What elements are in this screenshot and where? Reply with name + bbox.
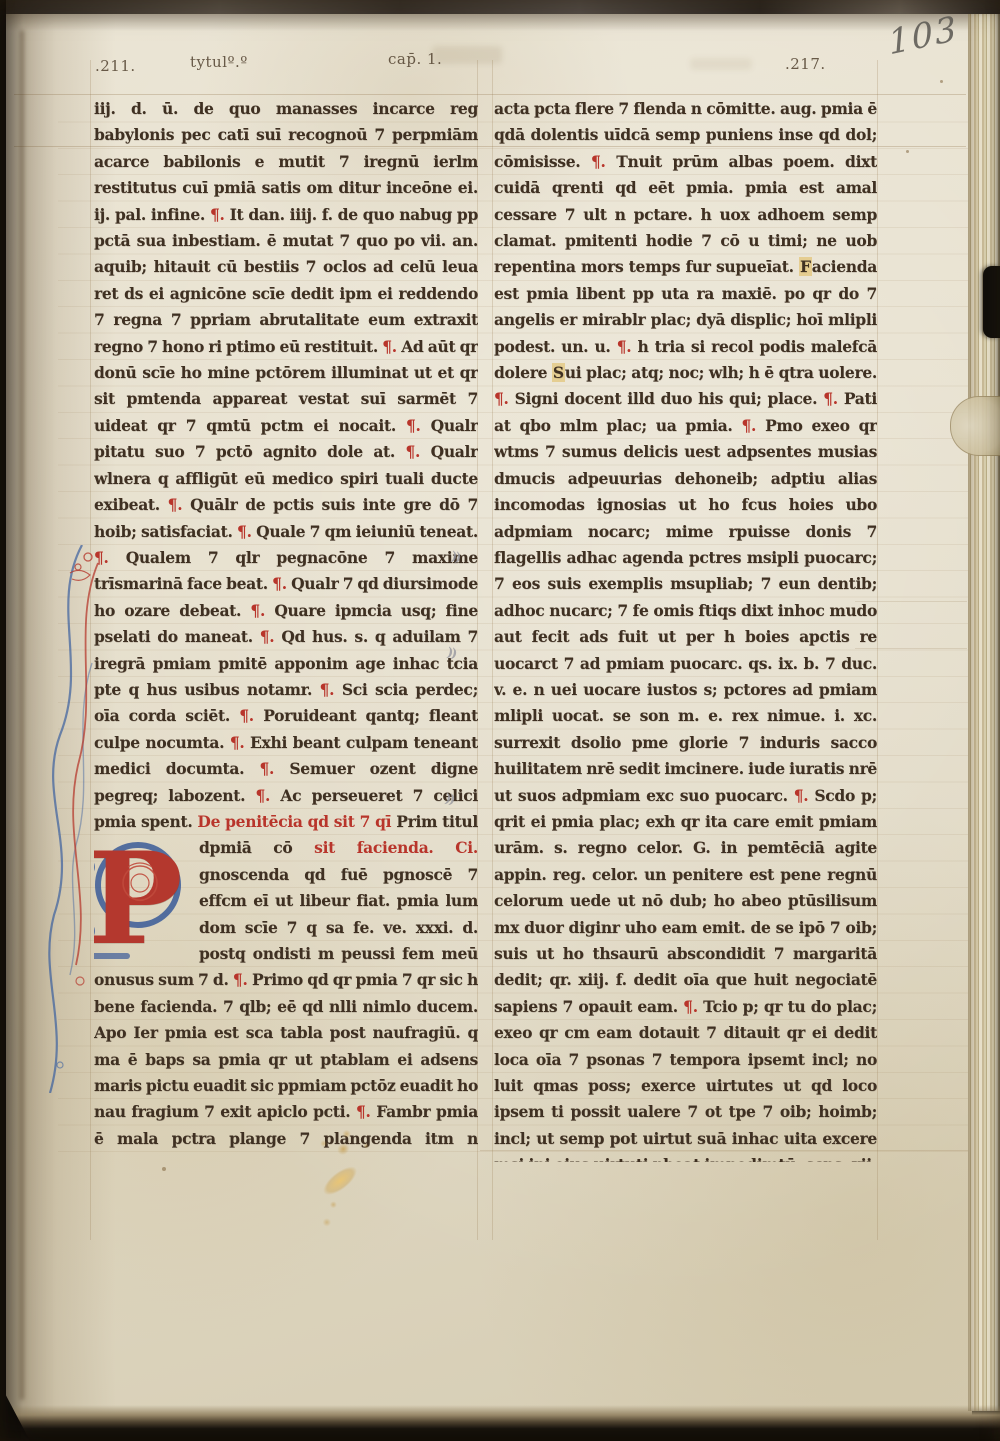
ruled-line	[14, 94, 966, 95]
speck	[940, 80, 943, 83]
text-segment: ¶.	[382, 337, 401, 356]
book-top-edge	[0, 0, 1000, 14]
text-segment: ¶.	[405, 442, 430, 461]
binding-edge	[0, 0, 6, 1441]
text-segment: ¶.	[617, 337, 638, 356]
text-segment: F	[799, 257, 812, 276]
ink-ghost-smudge	[432, 46, 502, 64]
header-page-number-right: .217.	[785, 55, 826, 73]
text-segment: Quale 7 qm ieiuniū teneat.	[256, 522, 478, 541]
text-segment: ¶.	[233, 970, 252, 989]
text-segment: ¶.	[239, 706, 263, 725]
text-segment: ¶.	[406, 416, 431, 435]
text-segment: ¶.	[320, 680, 342, 699]
top-edge-shadow	[6, 13, 972, 31]
text-segment: ¶.	[94, 548, 126, 567]
text-segment: ¶.	[260, 627, 282, 646]
text-segment: Pmo exeo qr wtms 7 sumus delicis uest ad…	[494, 416, 877, 805]
text-segment: Tcio p; qr tu do plac; exeo qr cm eam do…	[494, 997, 877, 1162]
initial-letter: P	[94, 839, 182, 967]
text-segment: ¶.	[237, 522, 256, 541]
text-column-left: iij. d. ū. de quo manasses incarce reg b…	[94, 96, 478, 1154]
text-segment: ¶.	[823, 389, 844, 408]
text-segment: ¶.	[356, 1102, 376, 1121]
text-segment: ¶.	[591, 152, 616, 171]
text-segment: It dan. iiij. f. de quo nabug pp pctā su…	[94, 205, 478, 356]
text-segment: sit facienda. Ci.	[314, 838, 478, 857]
text-segment: ¶.	[168, 495, 190, 514]
text-segment: S	[552, 363, 565, 382]
text-segment: ¶.	[210, 205, 230, 224]
bookmark-notch	[983, 266, 1000, 338]
text-segment: ui plac; atq; noc; wlh; h ē qtra uolere.	[565, 363, 877, 382]
header-page-number-left: .211.	[95, 57, 136, 75]
header-title: tytulº.º	[190, 53, 248, 71]
text-segment: De penitēcia qd sit 7 qī	[197, 812, 396, 831]
text-segment: ¶.	[741, 416, 765, 435]
text-segment: Primo qd qr pmia 7 qr sic h bene faciend…	[94, 970, 478, 1121]
text-segment: ¶.	[494, 389, 515, 408]
text-segment: ¶.	[794, 786, 815, 805]
text-segment: ¶.	[250, 601, 274, 620]
ruled-line-vertical	[877, 60, 878, 1240]
text-segment: ¶.	[272, 574, 291, 593]
header-chapter: cap̄. 1.	[388, 50, 442, 68]
parchment-tab	[950, 396, 1000, 456]
book-bottom-edge	[0, 1405, 1000, 1441]
text-segment: ¶.	[255, 786, 280, 805]
text-segment: ¶.	[683, 997, 703, 1016]
manuscript-photo: .211. tytulº.º cap̄. 1. .217. 103 iij. d…	[0, 0, 1000, 1441]
speck	[906, 150, 909, 153]
illuminated-initial: P	[94, 839, 190, 967]
text-segment: Signi docent illd duo his qui; place.	[515, 389, 824, 408]
text-segment: Scdo p; qrit ei pmia plac; exh qr ita ca…	[494, 786, 877, 1016]
page-edges	[968, 13, 1000, 1411]
text-segment: ¶.	[260, 759, 290, 778]
text-column-right: acta pcta flere 7 flenda n cōmitte. aug.…	[494, 96, 877, 1162]
ink-ghost-smudge	[690, 58, 752, 70]
gutter-seam	[20, 30, 24, 1400]
text-segment: ¶.	[230, 733, 250, 752]
ruled-line-vertical	[492, 60, 493, 1240]
speck	[162, 1167, 166, 1171]
